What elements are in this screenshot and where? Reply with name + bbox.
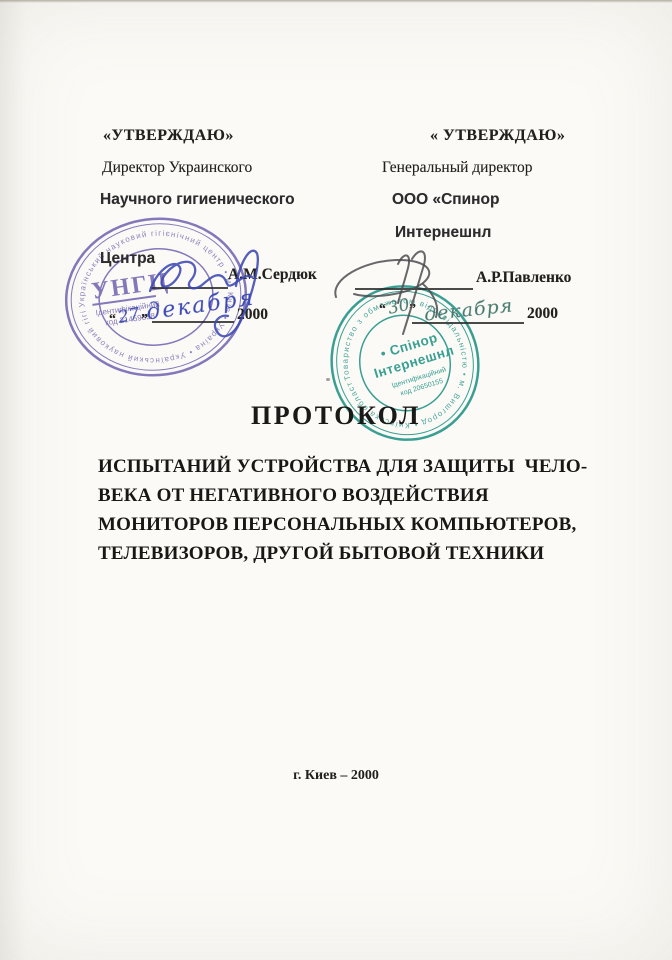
footer-city-year: г. Киев – 2000 (0, 768, 672, 784)
org-line-director: Директор Украинского (102, 159, 252, 177)
signatory-name-pavlenko: А.Р.Павленко (476, 269, 571, 287)
year-right: 2000 (527, 305, 558, 323)
document-subject: ИСПЫТАНИЙ УСТРОЙСТВА ДЛЯ ЗАЩИТЫ ЧЕЛО- ВЕ… (98, 452, 587, 568)
handwritten-day-left: 27 (116, 304, 141, 327)
org-line-general-director: Генеральный директор (382, 159, 533, 177)
signatory-name-serdiuk: А.М.Сердюк (228, 266, 317, 284)
org-line-international: Интернешнл (395, 224, 491, 242)
subject-line: ИСПЫТАНИЙ УСТРОЙСТВА ДЛЯ ЗАЩИТЫ ЧЕЛО- (98, 452, 587, 481)
approve-stamp-label-left: «УТВЕРЖДАЮ» (103, 127, 234, 145)
ink-dot-artifact (326, 378, 330, 381)
date-open-quote-left: “ (109, 312, 116, 328)
signature-line-left (150, 287, 228, 289)
org-line-spinor: ООО «Спинор (392, 191, 499, 209)
document-page: Український науковий гігієнічний центр •… (0, 0, 672, 960)
date-open-quote-right: “ (379, 302, 386, 318)
subject-line: ТЕЛЕВИЗОРОВ, ДРУГОЙ БЫТОВОЙ ТЕХНИКИ (98, 539, 587, 568)
org-line-scientific: Научного гигиенического (100, 191, 295, 209)
approve-stamp-label-right: « УТВЕРЖДАЮ» (430, 127, 565, 145)
org-line-centre: Центра (100, 250, 155, 268)
signature-line-right (355, 288, 473, 290)
subject-line: МОНИТОРОВ ПЕРСОНАЛЬНЫХ КОМПЬЮТЕРОВ, (98, 510, 587, 539)
subject-line: ВЕКА ОТ НЕГАТИВНОГО ВОЗДЕЙСТВИЯ (98, 481, 587, 510)
document-title: ПРОТОКОЛ (0, 401, 672, 431)
